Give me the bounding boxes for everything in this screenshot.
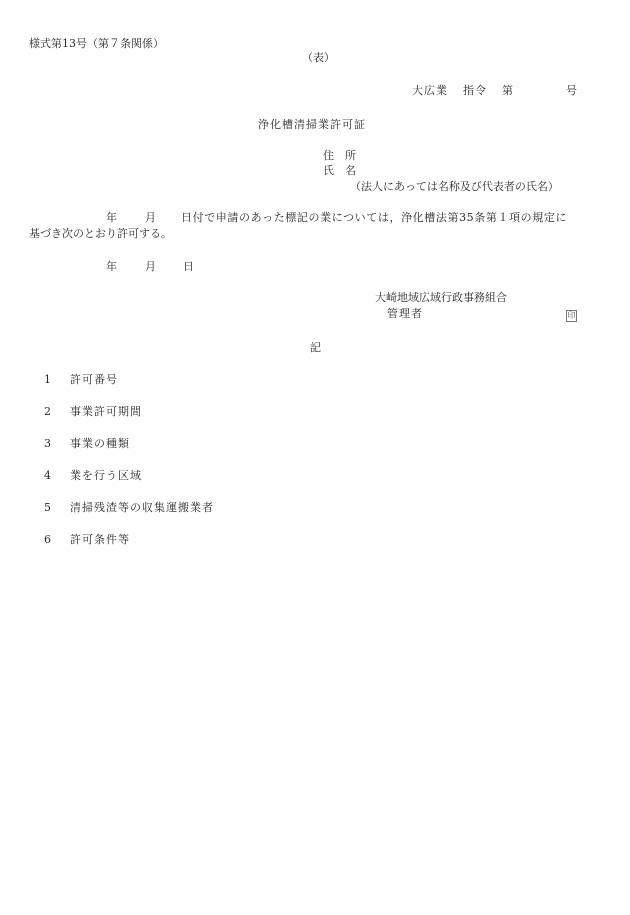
body-line1: 日付で申請のあった標記の業については，浄化槽法第35条第１項の規定に bbox=[181, 211, 567, 225]
item-number: 5 bbox=[44, 501, 70, 515]
item-number: 6 bbox=[44, 533, 70, 547]
document-title: 浄化槽清掃業許可証 bbox=[258, 118, 366, 132]
item-label: 許可条件等 bbox=[70, 533, 130, 546]
seal-icon: 印 bbox=[566, 310, 577, 322]
list-item: 4業を行う区域 bbox=[44, 469, 142, 483]
item-label: 許可番号 bbox=[70, 373, 118, 386]
issuer-title: 管理者 bbox=[387, 307, 423, 321]
name-label: 氏 名 bbox=[323, 164, 356, 178]
list-item: 3事業の種類 bbox=[44, 437, 130, 451]
item-label: 清掃残渣等の収集運搬業者 bbox=[70, 501, 214, 514]
reference-go: 号 bbox=[566, 84, 577, 98]
list-item: 5清掃残渣等の収集運搬業者 bbox=[44, 501, 214, 515]
date-month: 月 bbox=[145, 260, 156, 274]
body-year: 年 bbox=[106, 211, 117, 225]
body-month: 月 bbox=[145, 211, 156, 225]
issuer-organization: 大崎地域広域行政事務組合 bbox=[375, 291, 507, 305]
body-line2: 基づき次のとおり許可する。 bbox=[29, 227, 172, 241]
item-label: 業を行う区域 bbox=[70, 469, 142, 482]
ki-heading: 記 bbox=[310, 341, 321, 355]
reference-prefix: 大広業 bbox=[412, 84, 448, 98]
list-item: 1許可番号 bbox=[44, 373, 118, 387]
list-item: 6許可条件等 bbox=[44, 533, 130, 547]
date-day: 日 bbox=[183, 260, 194, 274]
reference-directive: 指令 bbox=[463, 84, 487, 98]
corporate-note: （法人にあっては名称及び代表者の氏名） bbox=[350, 180, 559, 194]
side-label: （表） bbox=[302, 51, 335, 65]
item-label: 事業許可期間 bbox=[70, 405, 142, 418]
address-label: 住 所 bbox=[323, 149, 356, 163]
form-label: 様式第13号（第７条関係） bbox=[29, 37, 164, 51]
item-number: 4 bbox=[44, 469, 70, 483]
date-year: 年 bbox=[106, 260, 117, 274]
item-number: 2 bbox=[44, 405, 70, 419]
item-number: 3 bbox=[44, 437, 70, 451]
reference-dai: 第 bbox=[502, 84, 513, 98]
item-label: 事業の種類 bbox=[70, 437, 130, 450]
item-number: 1 bbox=[44, 373, 70, 387]
list-item: 2事業許可期間 bbox=[44, 405, 142, 419]
